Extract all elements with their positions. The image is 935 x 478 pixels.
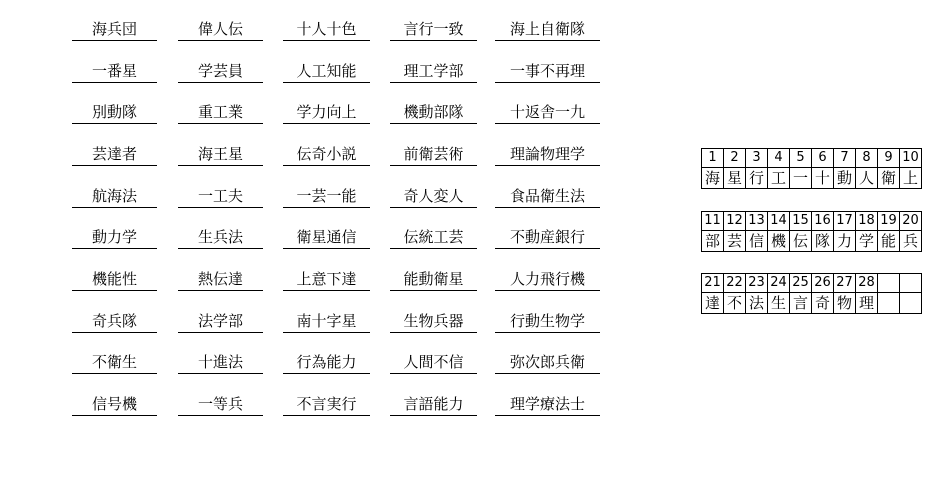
kanji-cell: 学 bbox=[856, 231, 878, 252]
word-blank: 人力飛行機 bbox=[495, 269, 600, 291]
answer-table-1: 12345678910海星行工一十動人衛上 bbox=[701, 148, 922, 189]
word-blank: 奇人変人 bbox=[390, 186, 477, 208]
word-blank: 一事不再理 bbox=[495, 61, 600, 83]
number-cell: 11 bbox=[702, 212, 724, 231]
kanji-cell: 理 bbox=[856, 293, 878, 314]
word-blank: 十人十色 bbox=[283, 19, 370, 41]
number-cell: 21 bbox=[702, 274, 724, 293]
word-blank: 航海法 bbox=[72, 186, 157, 208]
kanji-row: 海星行工一十動人衛上 bbox=[702, 168, 922, 189]
word-blank: 理学療法士 bbox=[495, 394, 600, 416]
number-cell: 4 bbox=[768, 149, 790, 168]
word-blank: 行動生物学 bbox=[495, 311, 600, 333]
number-row: 2122232425262728 bbox=[702, 274, 922, 293]
kanji-cell bbox=[900, 293, 922, 314]
word-blank: 食品衛生法 bbox=[495, 186, 600, 208]
word-blank: 法学部 bbox=[178, 311, 263, 333]
word-blank: 言行一致 bbox=[390, 19, 477, 41]
word-blank: 別動隊 bbox=[72, 102, 157, 124]
word-blank: 弥次郎兵衛 bbox=[495, 352, 600, 374]
number-row: 12345678910 bbox=[702, 149, 922, 168]
word-blank: 海兵団 bbox=[72, 19, 157, 41]
kanji-cell: 衛 bbox=[878, 168, 900, 189]
number-cell: 7 bbox=[834, 149, 856, 168]
number-cell: 5 bbox=[790, 149, 812, 168]
word-blank: 不動産銀行 bbox=[495, 227, 600, 249]
number-cell: 27 bbox=[834, 274, 856, 293]
kanji-cell: 力 bbox=[834, 231, 856, 252]
number-cell: 15 bbox=[790, 212, 812, 231]
word-blank: 重工業 bbox=[178, 102, 263, 124]
word-blank: 一工夫 bbox=[178, 186, 263, 208]
kanji-cell: 人 bbox=[856, 168, 878, 189]
number-cell: 13 bbox=[746, 212, 768, 231]
number-cell: 16 bbox=[812, 212, 834, 231]
answer-table-3: 2122232425262728達不法生言奇物理 bbox=[701, 273, 922, 314]
kanji-cell: 物 bbox=[834, 293, 856, 314]
word-blank: 前衛芸術 bbox=[390, 144, 477, 166]
word-blank: 不言実行 bbox=[283, 394, 370, 416]
kanji-row: 部芸信機伝隊力学能兵 bbox=[702, 231, 922, 252]
word-blank: 上意下達 bbox=[283, 269, 370, 291]
word-blank: 理工学部 bbox=[390, 61, 477, 83]
number-cell: 1 bbox=[702, 149, 724, 168]
word-blank: 南十字星 bbox=[283, 311, 370, 333]
kanji-row: 達不法生言奇物理 bbox=[702, 293, 922, 314]
number-cell: 19 bbox=[878, 212, 900, 231]
kanji-cell: 能 bbox=[878, 231, 900, 252]
kanji-cell: 一 bbox=[790, 168, 812, 189]
kanji-cell: 芸 bbox=[724, 231, 746, 252]
kanji-cell: 機 bbox=[768, 231, 790, 252]
word-blank: 理論物理学 bbox=[495, 144, 600, 166]
kanji-cell: 法 bbox=[746, 293, 768, 314]
word-blank: 一芸一能 bbox=[283, 186, 370, 208]
word-blank: 信号機 bbox=[72, 394, 157, 416]
word-blank: 海王星 bbox=[178, 144, 263, 166]
number-cell: 18 bbox=[856, 212, 878, 231]
word-blank: 熱伝達 bbox=[178, 269, 263, 291]
kanji-cell: 星 bbox=[724, 168, 746, 189]
number-cell: 26 bbox=[812, 274, 834, 293]
number-cell: 25 bbox=[790, 274, 812, 293]
number-cell: 6 bbox=[812, 149, 834, 168]
number-cell: 2 bbox=[724, 149, 746, 168]
number-cell: 24 bbox=[768, 274, 790, 293]
kanji-cell: 言 bbox=[790, 293, 812, 314]
number-cell: 28 bbox=[856, 274, 878, 293]
number-cell: 22 bbox=[724, 274, 746, 293]
word-blank: 生物兵器 bbox=[390, 311, 477, 333]
kanji-cell: 奇 bbox=[812, 293, 834, 314]
word-blank: 十進法 bbox=[178, 352, 263, 374]
word-blank: 十返舎一九 bbox=[495, 102, 600, 124]
kanji-cell: 不 bbox=[724, 293, 746, 314]
word-blank: 一等兵 bbox=[178, 394, 263, 416]
word-blank: 学芸員 bbox=[178, 61, 263, 83]
kanji-cell: 兵 bbox=[900, 231, 922, 252]
number-cell: 10 bbox=[900, 149, 922, 168]
kanji-cell: 隊 bbox=[812, 231, 834, 252]
word-blank: 行為能力 bbox=[283, 352, 370, 374]
word-blank: 芸達者 bbox=[72, 144, 157, 166]
word-blank: 能動衛星 bbox=[390, 269, 477, 291]
word-blank: 機動部隊 bbox=[390, 102, 477, 124]
word-blank: 海上自衛隊 bbox=[495, 19, 600, 41]
word-blank: 生兵法 bbox=[178, 227, 263, 249]
number-row: 11121314151617181920 bbox=[702, 212, 922, 231]
kanji-cell: 工 bbox=[768, 168, 790, 189]
kanji-cell: 海 bbox=[702, 168, 724, 189]
kanji-cell: 部 bbox=[702, 231, 724, 252]
number-cell bbox=[900, 274, 922, 293]
word-blank: 不衛生 bbox=[72, 352, 157, 374]
word-blank: 機能性 bbox=[72, 269, 157, 291]
word-blank: 動力学 bbox=[72, 227, 157, 249]
number-cell: 8 bbox=[856, 149, 878, 168]
number-cell: 3 bbox=[746, 149, 768, 168]
word-blank: 学力向上 bbox=[283, 102, 370, 124]
kanji-cell: 信 bbox=[746, 231, 768, 252]
kanji-cell: 動 bbox=[834, 168, 856, 189]
word-blank: 奇兵隊 bbox=[72, 311, 157, 333]
number-cell: 23 bbox=[746, 274, 768, 293]
kanji-cell: 十 bbox=[812, 168, 834, 189]
word-blank: 伝奇小説 bbox=[283, 144, 370, 166]
word-blank: 偉人伝 bbox=[178, 19, 263, 41]
kanji-cell: 伝 bbox=[790, 231, 812, 252]
word-blank: 人工知能 bbox=[283, 61, 370, 83]
word-blank: 言語能力 bbox=[390, 394, 477, 416]
number-cell bbox=[878, 274, 900, 293]
number-cell: 12 bbox=[724, 212, 746, 231]
kanji-cell: 達 bbox=[702, 293, 724, 314]
answer-table-2: 11121314151617181920部芸信機伝隊力学能兵 bbox=[701, 211, 922, 252]
kanji-cell: 行 bbox=[746, 168, 768, 189]
word-blank: 一番星 bbox=[72, 61, 157, 83]
word-blank: 人間不信 bbox=[390, 352, 477, 374]
word-blank: 衛星通信 bbox=[283, 227, 370, 249]
number-cell: 9 bbox=[878, 149, 900, 168]
kanji-cell: 生 bbox=[768, 293, 790, 314]
number-cell: 14 bbox=[768, 212, 790, 231]
kanji-cell: 上 bbox=[900, 168, 922, 189]
kanji-cell bbox=[878, 293, 900, 314]
word-blank: 伝統工芸 bbox=[390, 227, 477, 249]
number-cell: 17 bbox=[834, 212, 856, 231]
number-cell: 20 bbox=[900, 212, 922, 231]
worksheet-page: 海兵団偉人伝十人十色言行一致海上自衛隊一番星学芸員人工知能理工学部一事不再理別動… bbox=[0, 0, 935, 478]
